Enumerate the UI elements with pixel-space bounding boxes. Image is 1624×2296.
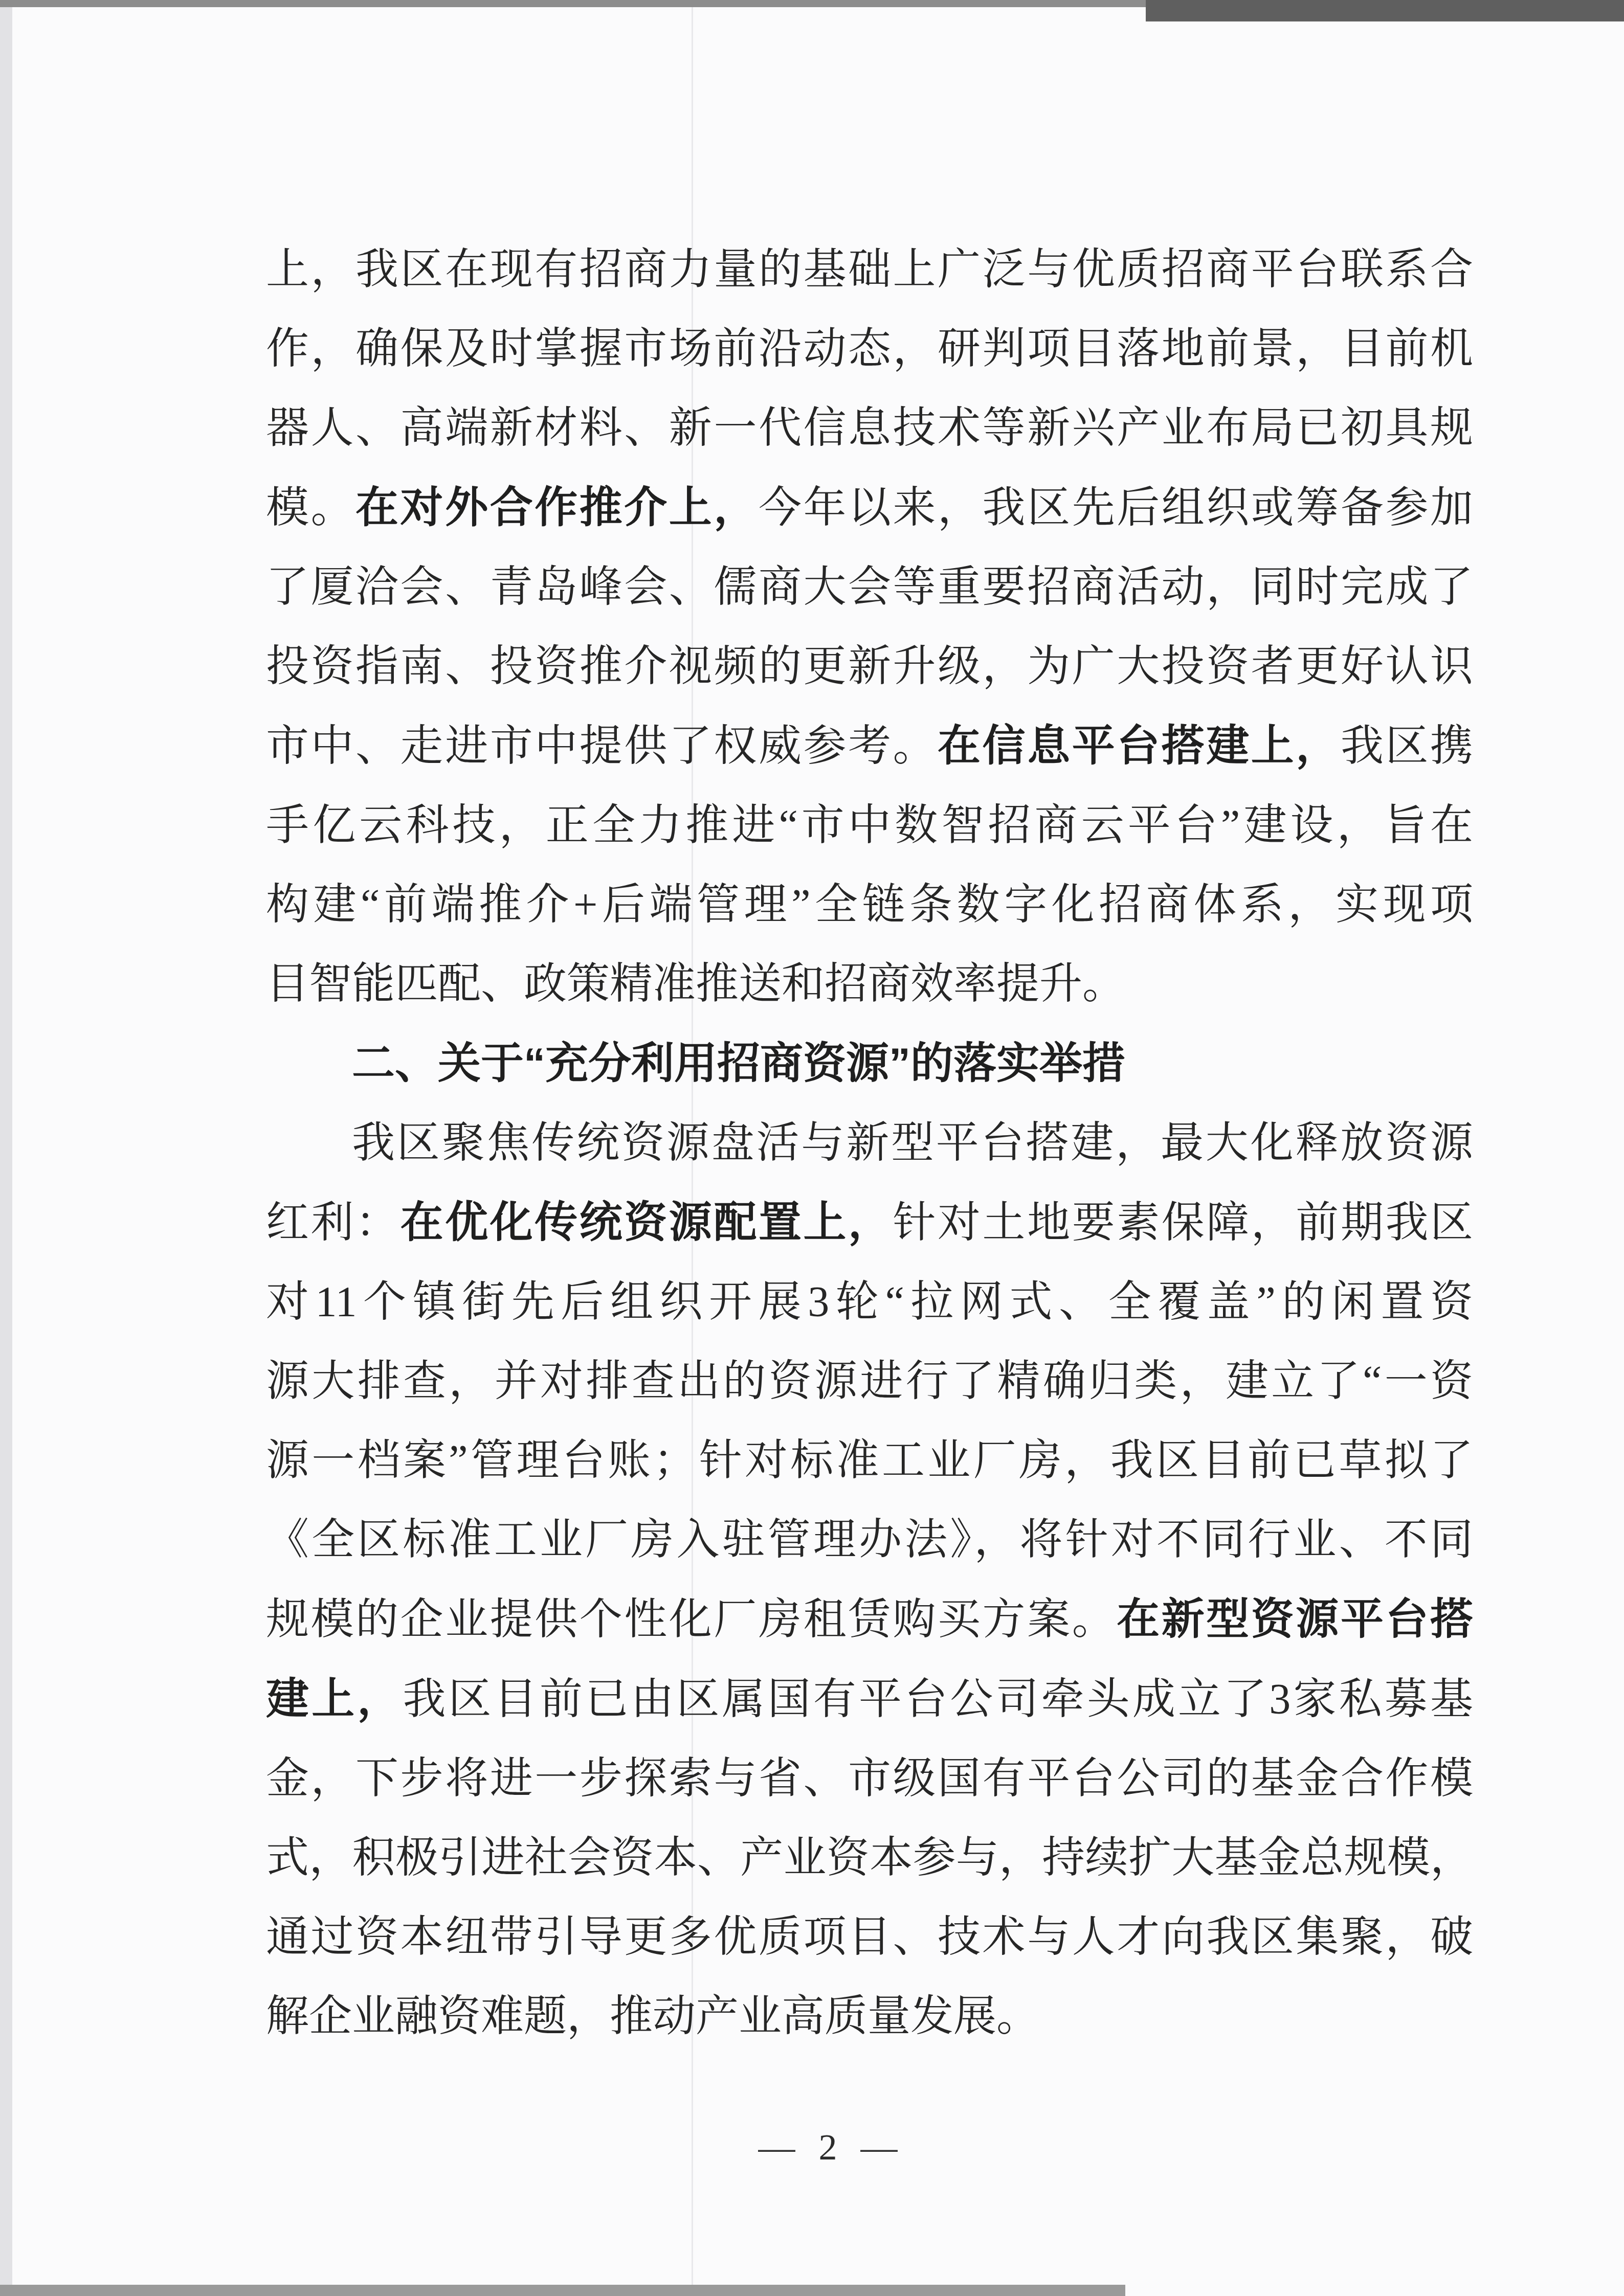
text-line: 器人、高端新材料、新一代信息技术等新兴产业布局已初具规 xyxy=(266,389,1473,468)
text-run: 模。 xyxy=(266,484,355,532)
text-run: 《全区标准工业厂房入驻管理办法》，将针对不同行业、不同 xyxy=(266,1516,1473,1564)
text-line: 作，确保及时掌握市场前沿动态，研判项目落地前景，目前机 xyxy=(266,309,1473,389)
text-run: 金，下步将进一步探索与省、市级国有平台公司的基金合作模 xyxy=(266,1755,1473,1803)
text-run: 源一档案”管理台账；针对标准工业厂房，我区目前已草拟了 xyxy=(266,1437,1473,1484)
text-run: 通过资本纽带引导更多优质项目、技术与人才向我区集聚，破 xyxy=(266,1914,1473,1961)
text-run: 规模的企业提供个性化厂房租赁购买方案。 xyxy=(266,1596,1117,1644)
text-line: 《全区标准工业厂房入驻管理办法》，将针对不同行业、不同 xyxy=(266,1500,1473,1580)
text-line: 建上，我区目前已由区属国有平台公司牵头成立了3家私募基 xyxy=(266,1659,1473,1739)
text-line: 了厦洽会、青岛峰会、儒商大会等重要招商活动，同时完成了 xyxy=(266,548,1473,627)
bold-text-run: 在新型资源平台搭 xyxy=(1117,1595,1473,1643)
text-line: 对11个镇街先后组织开展3轮“拉网式、全覆盖”的闲置资 xyxy=(266,1263,1473,1342)
text-line: 手亿云科技，正全力推进“市中数智招商云平台”建设，旨在 xyxy=(266,786,1473,865)
bold-text-run: 在信息平台搭建上， xyxy=(938,722,1341,770)
text-run: 器人、高端新材料、新一代信息技术等新兴产业布局已初具规 xyxy=(266,404,1473,452)
text-line: 通过资本纽带引导更多优质项目、技术与人才向我区集聚，破 xyxy=(266,1898,1473,1977)
text-run: 解企业融资难题，推动产业高质量发展。 xyxy=(266,1993,1039,2040)
section-heading: 二、关于“充分利用招商资源”的落实举措 xyxy=(266,1024,1473,1104)
text-run: 针对土地要素保障，前期我区 xyxy=(893,1199,1473,1247)
text-line: 金，下步将进一步探索与省、市级国有平台公司的基金合作模 xyxy=(266,1739,1473,1818)
text-run: 上，我区在现有招商力量的基础上广泛与优质招商平台联系合 xyxy=(266,246,1473,294)
scan-edge-strip-left xyxy=(0,0,12,2296)
text-run: 对11个镇街先后组织开展3轮“拉网式、全覆盖”的闲置资 xyxy=(266,1278,1473,1326)
text-run: 源大排查，并对排查出的资源进行了精确归类，建立了“一资 xyxy=(266,1358,1473,1405)
bold-text-run: 在对外合作推介上， xyxy=(355,483,759,531)
text-line: 上，我区在现有招商力量的基础上广泛与优质招商平台联系合 xyxy=(266,230,1473,309)
text-run: 作，确保及时掌握市场前沿动态，研判项目落地前景，目前机 xyxy=(266,325,1473,373)
text-run: 市中、走进市中提供了权威参考。 xyxy=(266,723,938,770)
text-run: 红利： xyxy=(266,1199,401,1247)
text-line: 解企业融资难题，推动产业高质量发展。 xyxy=(266,1977,1473,2056)
bold-text-run: 建上， xyxy=(266,1675,403,1723)
text-run: 手亿云科技，正全力推进“市中数智招商云平台”建设，旨在 xyxy=(266,802,1473,849)
text-line: 模。在对外合作推介上，今年以来，我区先后组织或筹备参加 xyxy=(266,468,1473,548)
text-run: 我区聚焦传统资源盘活与新型平台搭建，最大化释放资源 xyxy=(352,1119,1473,1167)
text-line: 目智能匹配、政策精准推送和招商效率提升。 xyxy=(266,944,1473,1024)
text-line: 红利：在优化传统资源配置上，针对土地要素保障，前期我区 xyxy=(266,1183,1473,1263)
page-number: — 2 — xyxy=(19,2126,1624,2169)
text-line: 源大排查，并对排查出的资源进行了精确归类，建立了“一资 xyxy=(266,1342,1473,1421)
scan-artifact-top-right xyxy=(1146,0,1624,21)
text-run: 目智能匹配、政策精准推送和招商效率提升。 xyxy=(266,960,1125,1008)
text-run: 式，积极引进社会资本、产业资本参与，持续扩大基金总规模， xyxy=(266,1834,1473,1882)
text-line: 构建“前端推介+后端管理”全链条数字化招商体系，实现项 xyxy=(266,865,1473,944)
text-line: 源一档案”管理台账；针对标准工业厂房，我区目前已草拟了 xyxy=(266,1421,1473,1500)
text-run: 今年以来，我区先后组织或筹备参加 xyxy=(759,484,1473,532)
text-line: 我区聚焦传统资源盘活与新型平台搭建，最大化释放资源 xyxy=(266,1104,1473,1183)
bold-text-run: 二、关于“充分利用招商资源”的落实举措 xyxy=(352,1039,1125,1087)
document-body: 上，我区在现有招商力量的基础上广泛与优质招商平台联系合作，确保及时掌握市场前沿动… xyxy=(266,230,1473,2056)
text-run: 了厦洽会、青岛峰会、儒商大会等重要招商活动，同时完成了 xyxy=(266,564,1473,611)
text-line: 规模的企业提供个性化厂房租赁购买方案。在新型资源平台搭 xyxy=(266,1580,1473,1659)
text-run: 我区携 xyxy=(1341,723,1473,770)
text-run: 我区目前已由区属国有平台公司牵头成立了3家私募基 xyxy=(403,1676,1473,1723)
text-run: 投资指南、投资推介视频的更新升级，为广大投资者更好认识 xyxy=(266,643,1473,690)
text-line: 式，积极引进社会资本、产业资本参与，持续扩大基金总规模， xyxy=(266,1818,1473,1898)
text-line: 市中、走进市中提供了权威参考。在信息平台搭建上，我区携 xyxy=(266,706,1473,786)
bold-text-run: 在优化传统资源配置上， xyxy=(401,1198,893,1246)
text-line: 投资指南、投资推介视频的更新升级，为广大投资者更好认识 xyxy=(266,627,1473,706)
text-run: 构建“前端推介+后端管理”全链条数字化招商体系，实现项 xyxy=(266,881,1473,929)
scan-artifact-bottom-bar xyxy=(0,2285,1125,2296)
